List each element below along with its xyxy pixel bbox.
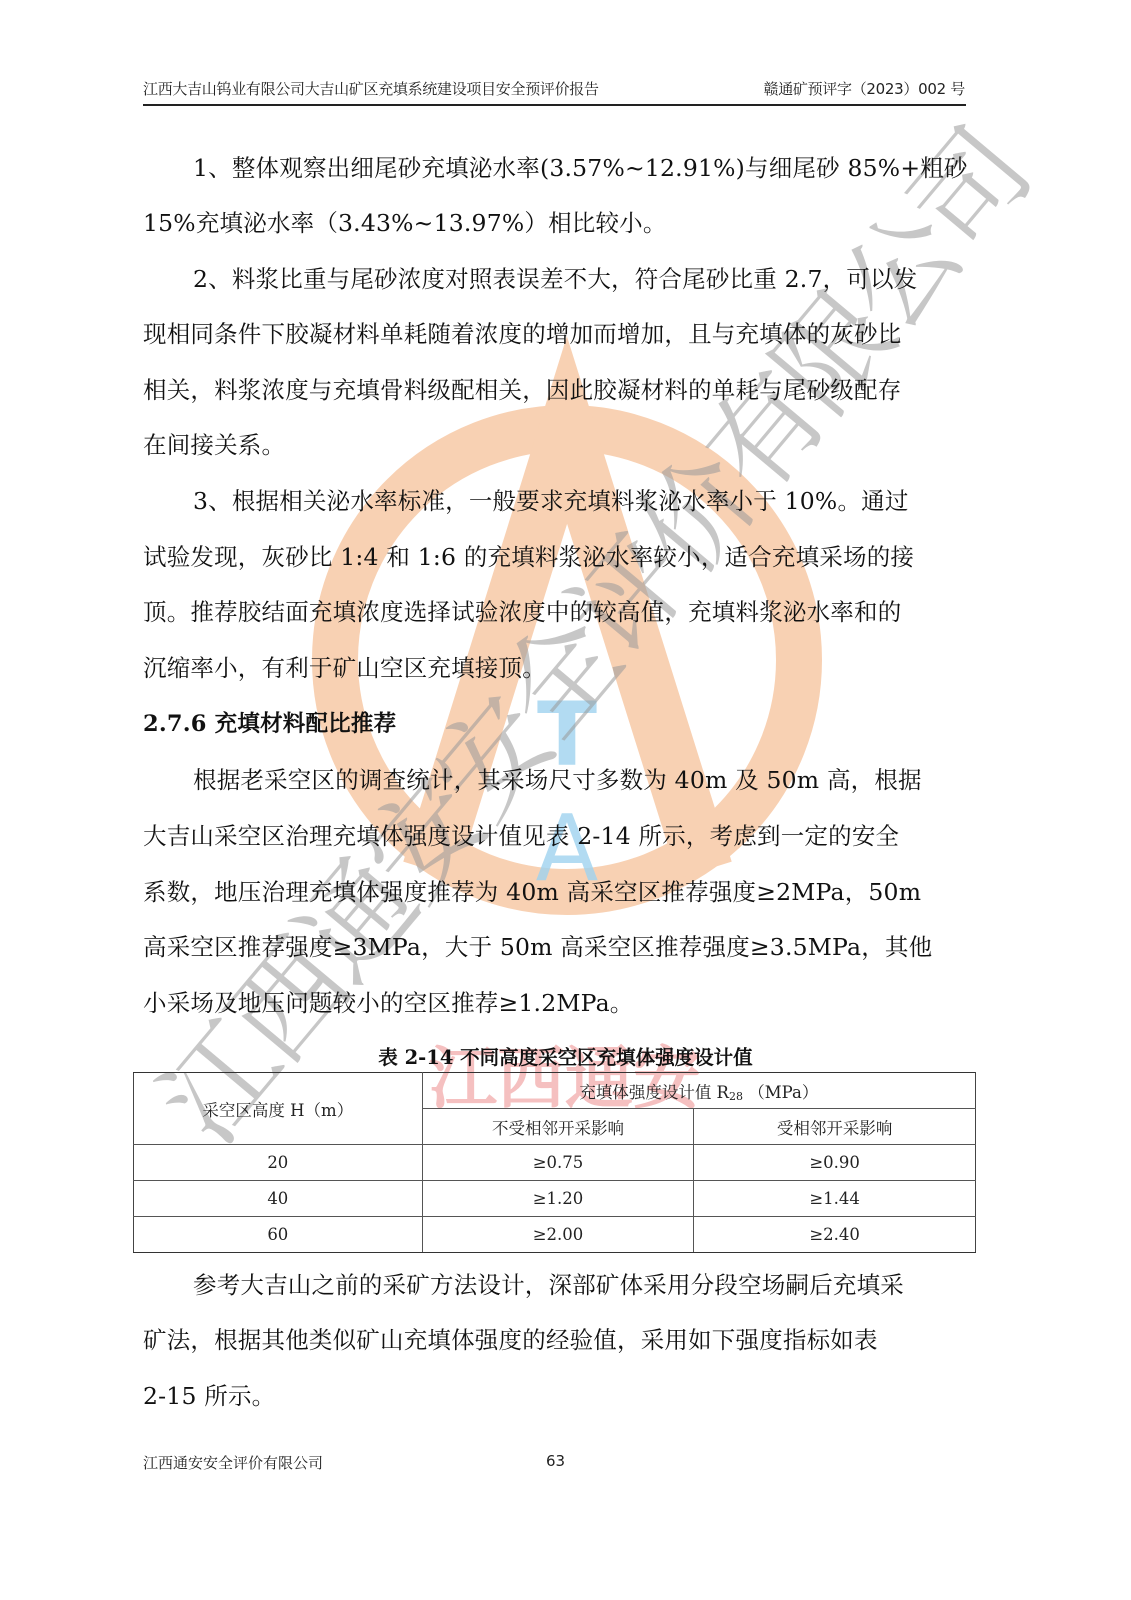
header-cell-height: 采空区高度 H（m） <box>134 1073 423 1145</box>
cell-unaffected: ≥1.20 <box>422 1181 694 1217</box>
header-cell-strength-group: 充填体强度设计值 R28 （MPa） <box>422 1073 975 1109</box>
page-header: 江西大吉山钨业有限公司大吉山矿区充填系统建设项目安全预评价报告 赣通矿预评字（2… <box>143 78 965 104</box>
cell-height: 60 <box>134 1217 423 1253</box>
paragraph-4-line: 根据老采空区的调查统计，其采场尺寸多数为 40m 及 50m 高，根据 <box>143 767 1016 794</box>
cell-affected: ≥2.40 <box>694 1217 976 1253</box>
table-row: 40 ≥1.20 ≥1.44 <box>134 1181 976 1217</box>
paragraph-2-line: 现相同条件下胶凝材料单耗随着浓度的增加而增加，且与充填体的灰砂比 <box>143 321 966 348</box>
paragraph-5-line: 参考大吉山之前的采矿方法设计，深部矿体采用分段空场嗣后充填采 <box>143 1272 1016 1299</box>
paragraph-4-line: 高采空区推荐强度≥3MPa，大于 50m 高采空区推荐强度≥3.5MPa，其他 <box>143 934 966 961</box>
footer-company: 江西通安安全评价有限公司 <box>143 1452 323 1473</box>
header-cell-unaffected: 不受相邻开采影响 <box>422 1109 694 1145</box>
header-cell-affected: 受相邻开采影响 <box>694 1109 976 1145</box>
cell-unaffected: ≥0.75 <box>422 1145 694 1181</box>
report-title: 江西大吉山钨业有限公司大吉山矿区充填系统建设项目安全预评价报告 <box>143 78 599 99</box>
paragraph-4-line: 系数，地压治理充填体强度推荐为 40m 高采空区推荐强度≥2MPa，50m <box>143 879 966 906</box>
watermark: T A 江西通安安全评价有限公司 江西通安 <box>0 0 1131 1600</box>
paragraph-3-line: 3、根据相关泌水率标准，一般要求充填料浆泌水率小于 10%。通过 <box>143 488 1016 515</box>
paragraph-2-line: 相关，料浆浓度与充填骨料级配相关，因此胶凝材料的单耗与尾砂级配存 <box>143 377 966 404</box>
cell-affected: ≥1.44 <box>694 1181 976 1217</box>
table-row: 20 ≥0.75 ≥0.90 <box>134 1145 976 1181</box>
document-number: 赣通矿预评字（2023）002 号 <box>764 78 965 99</box>
paragraph-1-line: 15%充填泌水率（3.43%~13.97%）相比较小。 <box>143 210 966 237</box>
cell-affected: ≥0.90 <box>694 1145 976 1181</box>
table-caption: 表 2-14 不同高度采空区充填体强度设计值 <box>0 1042 1131 1070</box>
paragraph-5-line: 矿法，根据其他类似矿山充填体强度的经验值，采用如下强度指标如表 <box>143 1327 966 1354</box>
paragraph-3-line: 沉缩率小，有利于矿山空区充填接顶。 <box>143 655 966 682</box>
section-heading: 2.7.6 充填材料配比推荐 <box>143 711 966 738</box>
strength-design-table: 采空区高度 H（m） 充填体强度设计值 R28 （MPa） 不受相邻开采影响 受… <box>133 1072 976 1253</box>
table-row: 60 ≥2.00 ≥2.40 <box>134 1217 976 1253</box>
paragraph-3-line: 顶。推荐胶结面充填浓度选择试验浓度中的较高值，充填料浆泌水率和的 <box>143 599 966 626</box>
document-page: T A 江西通安安全评价有限公司 江西通安 江西大吉山钨业有限公司大吉山矿区充填… <box>0 0 1131 1600</box>
cell-height: 40 <box>134 1181 423 1217</box>
cell-unaffected: ≥2.00 <box>422 1217 694 1253</box>
paragraph-5-line: 2-15 所示。 <box>143 1383 966 1410</box>
page-number: 63 <box>546 1452 565 1470</box>
paragraph-3-line: 试验发现，灰砂比 1:4 和 1:6 的充填料浆泌水率较小，适合充填采场的接 <box>143 544 966 571</box>
paragraph-2-line: 在间接关系。 <box>143 432 966 459</box>
cell-height: 20 <box>134 1145 423 1181</box>
table-header-row: 采空区高度 H（m） 充填体强度设计值 R28 （MPa） <box>134 1073 976 1109</box>
paragraph-1-line: 1、整体观察出细尾砂充填泌水率(3.57%~12.91%)与细尾砂 85%+粗砂 <box>143 155 1016 182</box>
header-divider <box>143 104 966 106</box>
paragraph-4-line: 大吉山采空区治理充填体强度设计值见表 2-14 所示，考虑到一定的安全 <box>143 823 966 850</box>
paragraph-4-line: 小采场及地压问题较小的空区推荐≥1.2MPa。 <box>143 990 966 1017</box>
paragraph-2-line: 2、料浆比重与尾砂浓度对照表误差不大，符合尾砂比重 2.7，可以发 <box>143 266 1016 293</box>
